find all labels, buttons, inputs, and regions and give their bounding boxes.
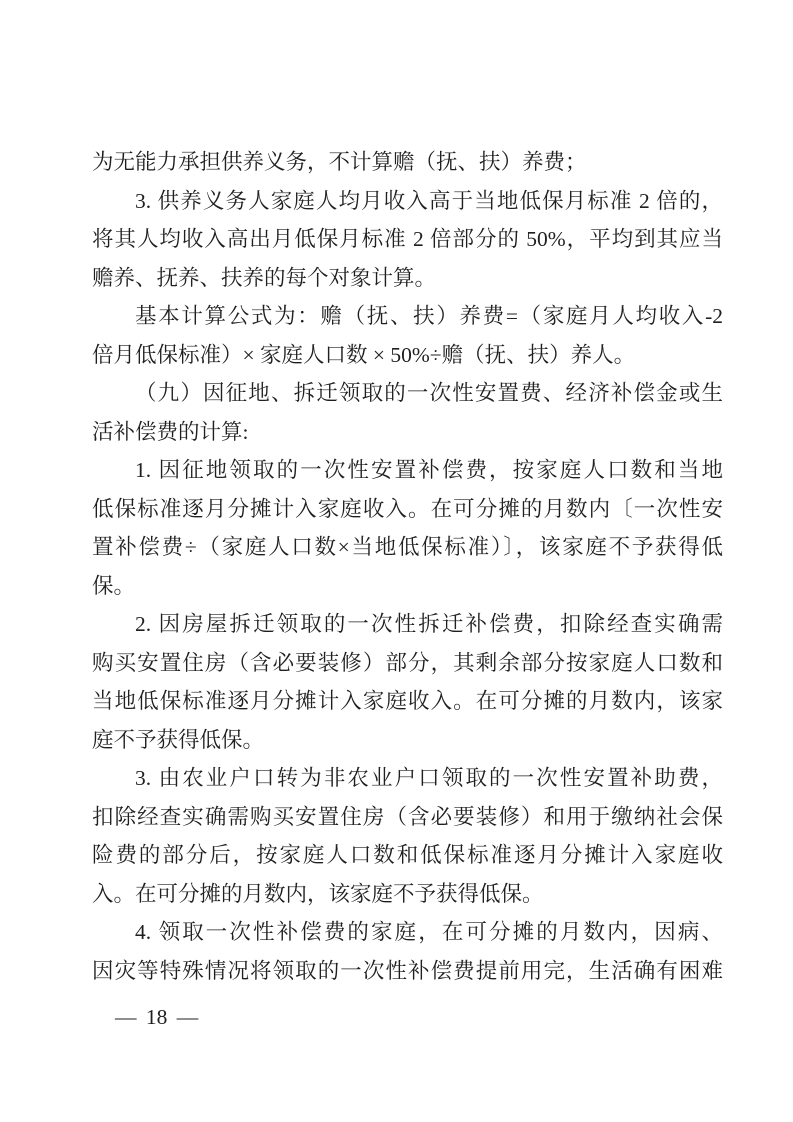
text-line: 当地低保标准逐月分摊计入家庭收入。在可分摊的月数内，该家 (92, 682, 723, 721)
text-line: 赡养、抚养、扶养的每个对象计算。 (92, 259, 723, 298)
text-line: 险费的部分后，按家庭人口数和低保标准逐月分摊计入家庭收 (92, 836, 723, 875)
text-line: 保。 (92, 567, 723, 606)
text-line: 因灾等特殊情况将领取的一次性补偿费提前用完，生活确有困难 (92, 952, 723, 991)
text-line: 为无能力承担供养义务，不计算赡（抚、扶）养费； (92, 143, 723, 182)
text-line: 3. 由农业户口转为非农业户口领取的一次性安置补助费， (92, 759, 723, 798)
page-number: — 18 — (115, 1005, 198, 1029)
text-line: 购买安置住房（含必要装修）部分，其剩余部分按家庭人口数和 (92, 644, 723, 683)
text-line: 将其人均收入高出月低保月标准 2 倍部分的 50%，平均到其应当 (92, 220, 723, 259)
text-line: 置补偿费÷（家庭人口数×当地低保标准）〕，该家庭不予获得低 (92, 528, 723, 567)
text-line: 2. 因房屋拆迁领取的一次性拆迁补偿费，扣除经查实确需 (92, 605, 723, 644)
text-line: 入。在可分摊的月数内，该家庭不予获得低保。 (92, 875, 723, 914)
text-line: 3. 供养义务人家庭人均月收入高于当地低保月标准 2 倍的， (92, 182, 723, 221)
page-footer: — 18 — (115, 1002, 198, 1032)
text-line: 庭不予获得低保。 (92, 721, 723, 760)
text-line: 活补偿费的计算: (92, 413, 723, 452)
text-line: （九）因征地、拆迁领取的一次性安置费、经济补偿金或生 (92, 374, 723, 413)
document-body: 为无能力承担供养义务，不计算赡（抚、扶）养费；3. 供养义务人家庭人均月收入高于… (92, 143, 723, 990)
text-line: 扣除经查实确需购买安置住房（含必要装修）和用于缴纳社会保 (92, 798, 723, 837)
text-line: 倍月低保标准）× 家庭人口数 × 50%÷赡（抚、扶）养人。 (92, 336, 723, 375)
document-page: 为无能力承担供养义务，不计算赡（抚、扶）养费；3. 供养义务人家庭人均月收入高于… (0, 0, 793, 1122)
text-line: 4. 领取一次性补偿费的家庭，在可分摊的月数内，因病、 (92, 913, 723, 952)
text-line: 1. 因征地领取的一次性安置补偿费，按家庭人口数和当地 (92, 451, 723, 490)
text-line: 基本计算公式为：赡（抚、扶）养费=（家庭月人均收入-2 (92, 297, 723, 336)
text-line: 低保标准逐月分摊计入家庭收入。在可分摊的月数内〔一次性安 (92, 490, 723, 529)
